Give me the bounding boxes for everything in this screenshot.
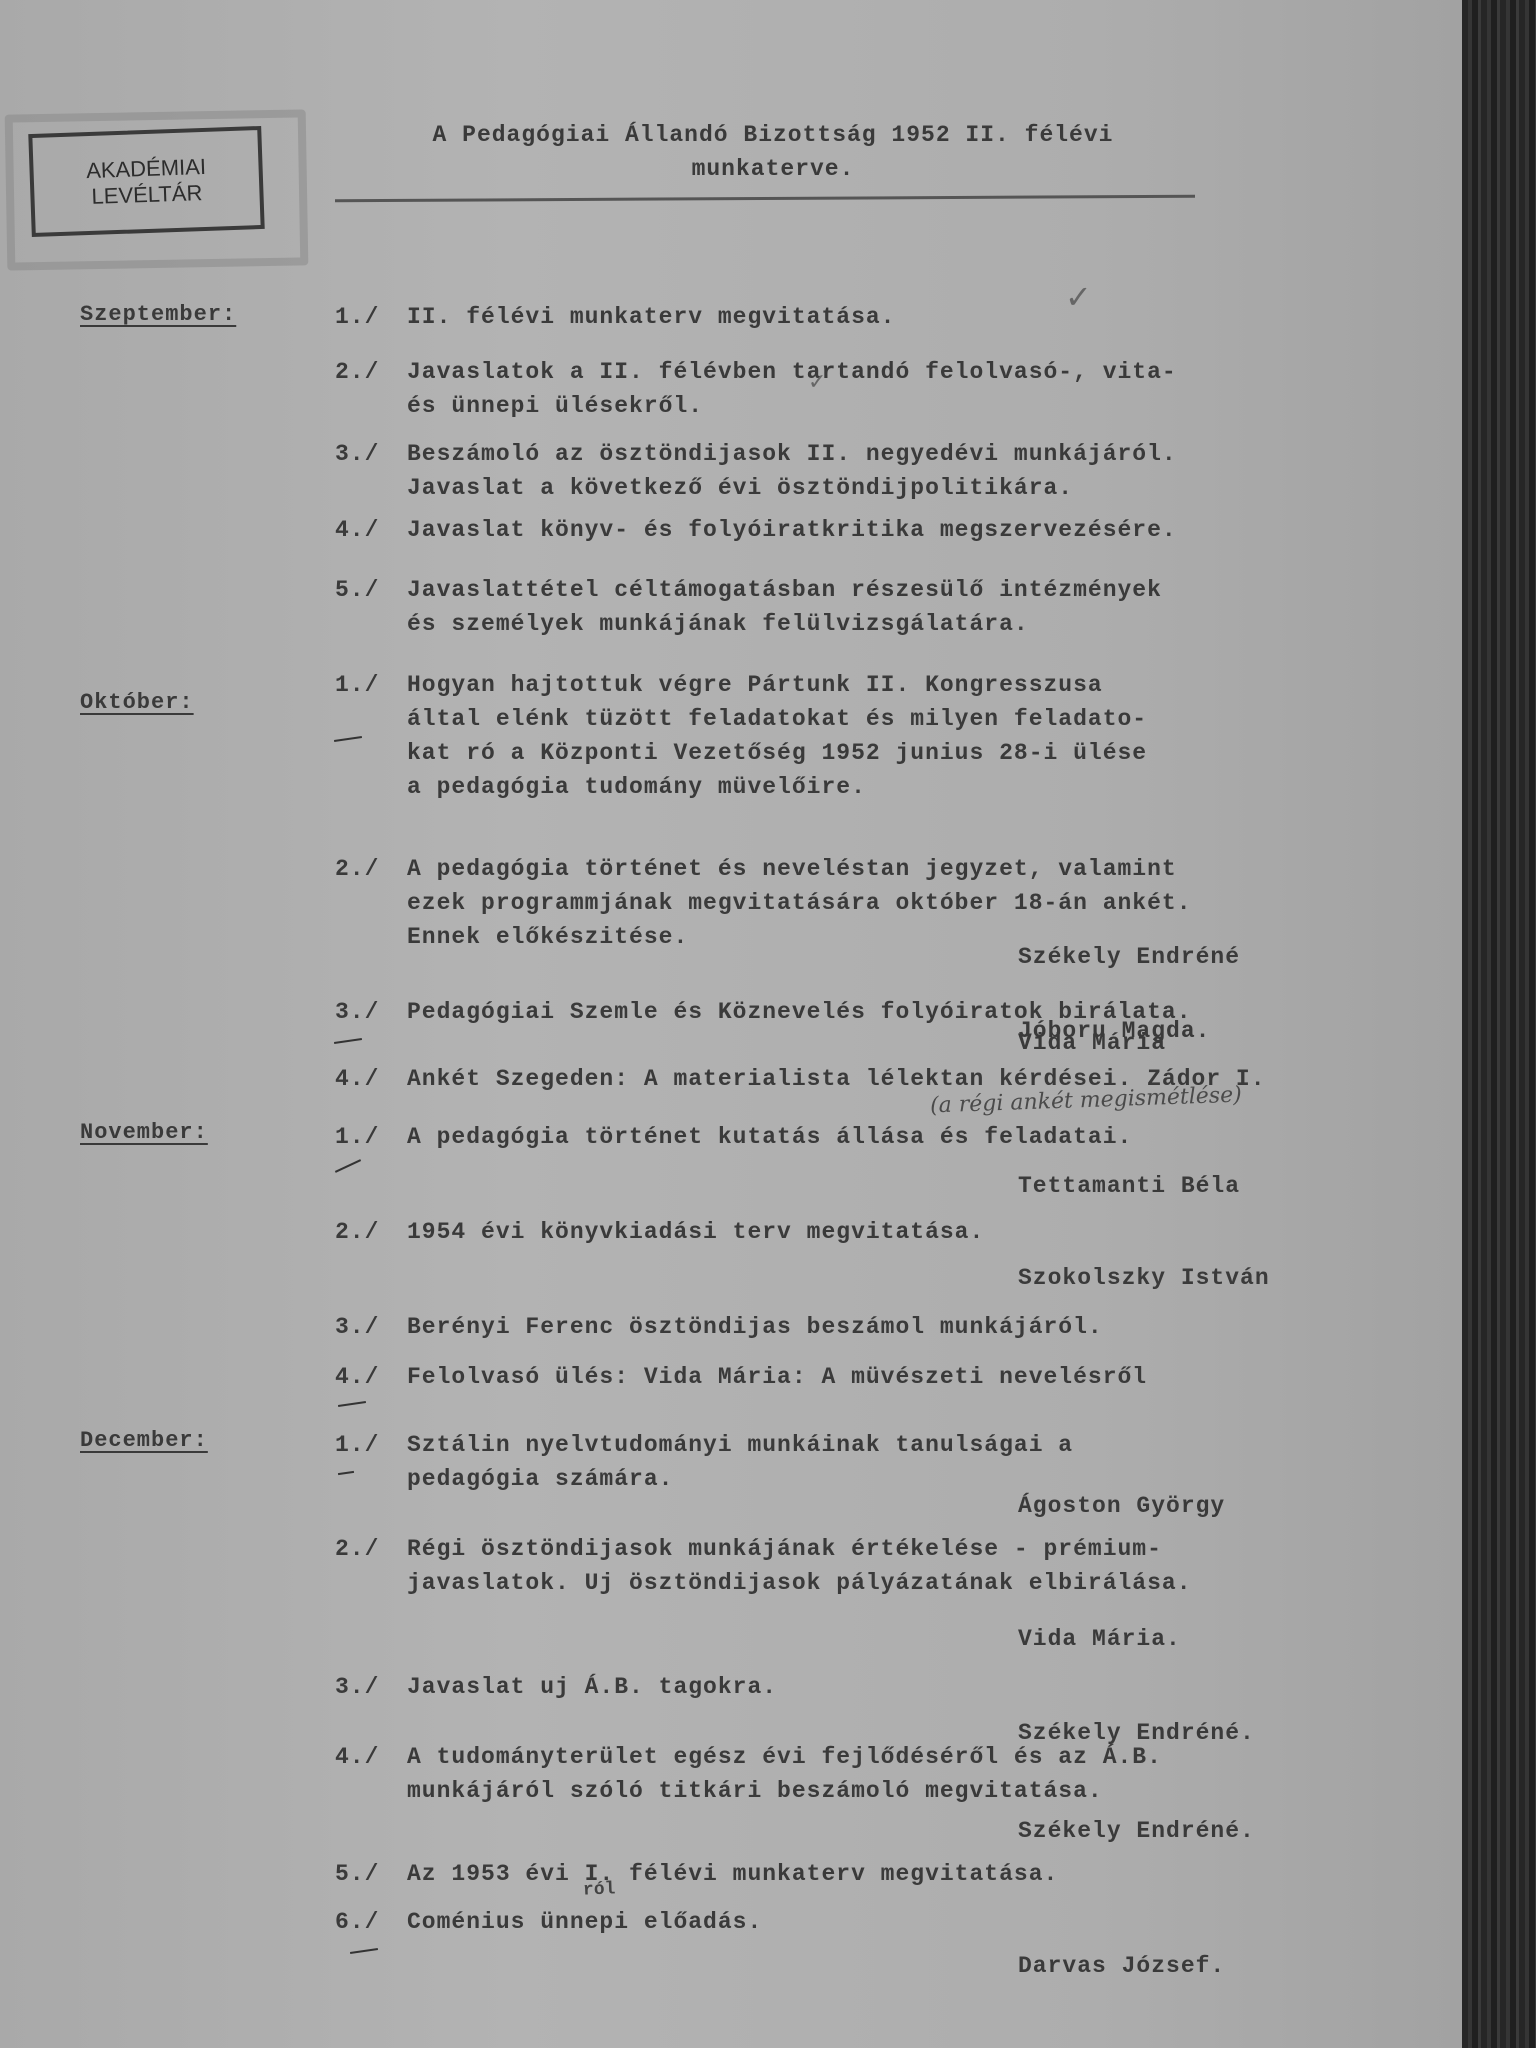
check-mark-icon: ✓: [1065, 278, 1092, 316]
plan-item-line: 3./Berényi Ferenc ösztöndijas beszámol m…: [335, 1310, 1425, 1344]
plan-item-line: a pedagógia tudomány müvelőire.: [335, 770, 1425, 804]
plan-item: 2./A pedagógia történet és neveléstan je…: [335, 852, 1425, 954]
plan-item: 1./A pedagógia történet kutatás állása é…: [335, 1120, 1425, 1154]
item-text: Felolvasó ülés: Vida Mária: A müvészeti …: [407, 1364, 1147, 1390]
item-number: 4./: [335, 1062, 407, 1096]
month-label-september: Szeptember:: [80, 302, 236, 327]
plan-item: 2./1954 évi könyvkiadási terv megvitatás…: [335, 1215, 1425, 1249]
typed-insert: ról: [583, 1879, 616, 1900]
item-text: 1954 évi könyvkiadási terv megvitatása.: [407, 1219, 984, 1245]
plan-item: 4./Ankét Szegeden: A materialista lélekt…: [335, 1062, 1425, 1096]
responsible-person: Vida Mária.: [1018, 1626, 1418, 1652]
plan-item-line: 3./Beszámoló az ösztöndijasok II. negyed…: [335, 437, 1425, 471]
plan-item-line: 2./1954 évi könyvkiadási terv megvitatás…: [335, 1215, 1425, 1249]
plan-item-line: kat ró a Központi Vezetőség 1952 junius …: [335, 736, 1425, 770]
responsible-person: Ágoston György: [1018, 1493, 1418, 1519]
item-number: 3./: [335, 995, 407, 1029]
item-text: A pedagógia történet kutatás állása és f…: [407, 1124, 1132, 1150]
plan-item-line: 2./Javaslatok a II. félévben tartandó fe…: [335, 355, 1425, 389]
item-text: Az 1953 évi I. félévi munkaterv megvitat…: [407, 1861, 1058, 1887]
plan-item-line: ezek programmjának megvitatására október…: [335, 886, 1425, 920]
book-page-edges: [1462, 0, 1536, 2048]
plan-item: 4./A tudományterület egész évi fejlődésé…: [335, 1740, 1425, 1808]
plan-item: 1./II. félévi munkaterv megvitatása.: [335, 300, 1425, 334]
item-text: Javaslat uj Á.B. tagokra.: [407, 1674, 777, 1700]
plan-item-line: 3./Pedagógiai Szemle és Köznevelés folyó…: [335, 995, 1425, 1029]
plan-item: 6./Coménius ünnepi előadás.: [335, 1905, 1425, 1939]
plan-item: 4./Felolvasó ülés: Vida Mária: A müvésze…: [335, 1360, 1425, 1394]
plan-item: 3./Berényi Ferenc ösztöndijas beszámol m…: [335, 1310, 1425, 1344]
plan-item-line: munkájáról szóló titkári beszámoló megvi…: [335, 1774, 1425, 1808]
item-number: 1./: [335, 1428, 407, 1462]
plan-item-line: 3./Javaslat uj Á.B. tagokra.: [335, 1670, 1425, 1704]
item-number: 2./: [335, 852, 407, 886]
item-number: 4./: [335, 1740, 407, 1774]
plan-item-line: 2./Régi ösztöndijasok munkájának értékel…: [335, 1532, 1425, 1566]
plan-item-line: 5./Az 1953 évi I. félévi munkaterv megvi…: [335, 1857, 1425, 1891]
month-label-december: December:: [80, 1428, 208, 1453]
plan-item: 5./Javaslattétel céltámogatásban részesü…: [335, 573, 1425, 641]
item-number: 4./: [335, 513, 407, 547]
item-number: 5./: [335, 573, 407, 607]
month-label-october: Október:: [80, 690, 194, 715]
document-title: A Pedagógiai Állandó Bizottság 1952 II. …: [338, 118, 1208, 186]
plan-item-line: és ünnepi ülésekről.: [335, 389, 1425, 423]
item-number: 1./: [335, 1120, 407, 1154]
title-line-2: munkaterve.: [338, 152, 1208, 186]
plan-item-line: javaslatok. Uj ösztöndijasok pályázatána…: [335, 1566, 1425, 1600]
plan-item-line: és személyek munkájának felülvizsgálatár…: [335, 607, 1425, 641]
title-line-1: A Pedagógiai Állandó Bizottság 1952 II. …: [338, 118, 1208, 152]
item-text: Beszámoló az ösztöndijasok II. negyedévi…: [407, 441, 1177, 467]
item-number: 6./: [335, 1905, 407, 1939]
plan-item-line: által elénk tüzött feladatokat és milyen…: [335, 702, 1425, 736]
item-number: 1./: [335, 300, 407, 334]
plan-item-line: 4./Javaslat könyv- és folyóiratkritika m…: [335, 513, 1425, 547]
item-number: 1./: [335, 668, 407, 702]
item-text: Berényi Ferenc ösztöndijas beszámol munk…: [407, 1314, 1103, 1340]
plan-item-line: 1./II. félévi munkaterv megvitatása.: [335, 300, 1425, 334]
item-number: 5./: [335, 1857, 407, 1891]
item-text: Régi ösztöndijasok munkájának értékelése…: [407, 1536, 1162, 1562]
plan-item-line: 1./A pedagógia történet kutatás állása é…: [335, 1120, 1425, 1154]
plan-item-line: 1./Hogyan hajtottuk végre Pártunk II. Ko…: [335, 668, 1425, 702]
plan-item: 1./Hogyan hajtottuk végre Pártunk II. Ko…: [335, 668, 1425, 804]
plan-item-line: 4./Felolvasó ülés: Vida Mária: A müvésze…: [335, 1360, 1425, 1394]
item-text: II. félévi munkaterv megvitatása.: [407, 304, 895, 330]
item-number: 3./: [335, 437, 407, 471]
archive-stamp: AKADÉMIAI LEVÉLTÁR: [28, 126, 264, 237]
plan-item: 3./Javaslat uj Á.B. tagokra.: [335, 1670, 1425, 1704]
item-number: 3./: [335, 1670, 407, 1704]
plan-item: 4./Javaslat könyv- és folyóiratkritika m…: [335, 513, 1425, 547]
plan-item-line: 5./Javaslattétel céltámogatásban részesü…: [335, 573, 1425, 607]
item-text: Hogyan hajtottuk végre Pártunk II. Kongr…: [407, 672, 1103, 698]
plan-item: 2./Javaslatok a II. félévben tartandó fe…: [335, 355, 1425, 423]
plan-item: 3./Beszámoló az ösztöndijasok II. negyed…: [335, 437, 1425, 505]
item-text: A tudományterület egész évi fejlődéséről…: [407, 1744, 1162, 1770]
item-number: 2./: [335, 355, 407, 389]
check-mark-icon: ✓: [808, 370, 826, 395]
item-text: Javaslat könyv- és folyóiratkritika megs…: [407, 517, 1177, 543]
plan-item-line: 4./A tudományterület egész évi fejlődésé…: [335, 1740, 1425, 1774]
plan-item: 1./Sztálin nyelvtudományi munkáinak tanu…: [335, 1428, 1425, 1496]
plan-item-line: Javaslat a következő évi ösztöndijpoliti…: [335, 471, 1425, 505]
item-number: 2./: [335, 1532, 407, 1566]
month-label-november: November:: [80, 1120, 208, 1145]
responsible-person: Tettamanti Béla: [1018, 1173, 1418, 1199]
plan-item-line: 6./Coménius ünnepi előadás.: [335, 1905, 1425, 1939]
item-number: 4./: [335, 1360, 407, 1394]
item-text: Javaslatok a II. félévben tartandó felol…: [407, 359, 1177, 385]
item-text: Pedagógiai Szemle és Köznevelés folyóira…: [407, 999, 1192, 1025]
plan-item-line: pedagógia számára.: [335, 1462, 1425, 1496]
item-number: 3./: [335, 1310, 407, 1344]
plan-item: 3./Pedagógiai Szemle és Köznevelés folyó…: [335, 995, 1425, 1029]
responsible-person: Székely Endréné: [1018, 944, 1418, 970]
plan-item-line: 2./A pedagógia történet és neveléstan je…: [335, 852, 1425, 886]
plan-item: 5./Az 1953 évi I. félévi munkaterv megvi…: [335, 1857, 1425, 1891]
item-text: Javaslattétel céltámogatásban részesülő …: [407, 577, 1162, 603]
responsible-person: Vida Mária: [1018, 1030, 1418, 1056]
item-text: Coménius ünnepi előadás.: [407, 1909, 762, 1935]
item-text: Sztálin nyelvtudományi munkáinak tanulsá…: [407, 1432, 1073, 1458]
plan-item-line: 4./Ankét Szegeden: A materialista lélekt…: [335, 1062, 1425, 1096]
plan-item-line: 1./Sztálin nyelvtudományi munkáinak tanu…: [335, 1428, 1425, 1462]
responsible-person: Szokolszky István: [1018, 1265, 1418, 1291]
item-number: 2./: [335, 1215, 407, 1249]
responsible-person: Székely Endréné.: [1018, 1818, 1418, 1844]
item-text: A pedagógia történet és neveléstan jegyz…: [407, 856, 1177, 882]
responsible-person: Darvas József.: [1018, 1953, 1418, 1979]
plan-item: 2./Régi ösztöndijasok munkájának értékel…: [335, 1532, 1425, 1600]
